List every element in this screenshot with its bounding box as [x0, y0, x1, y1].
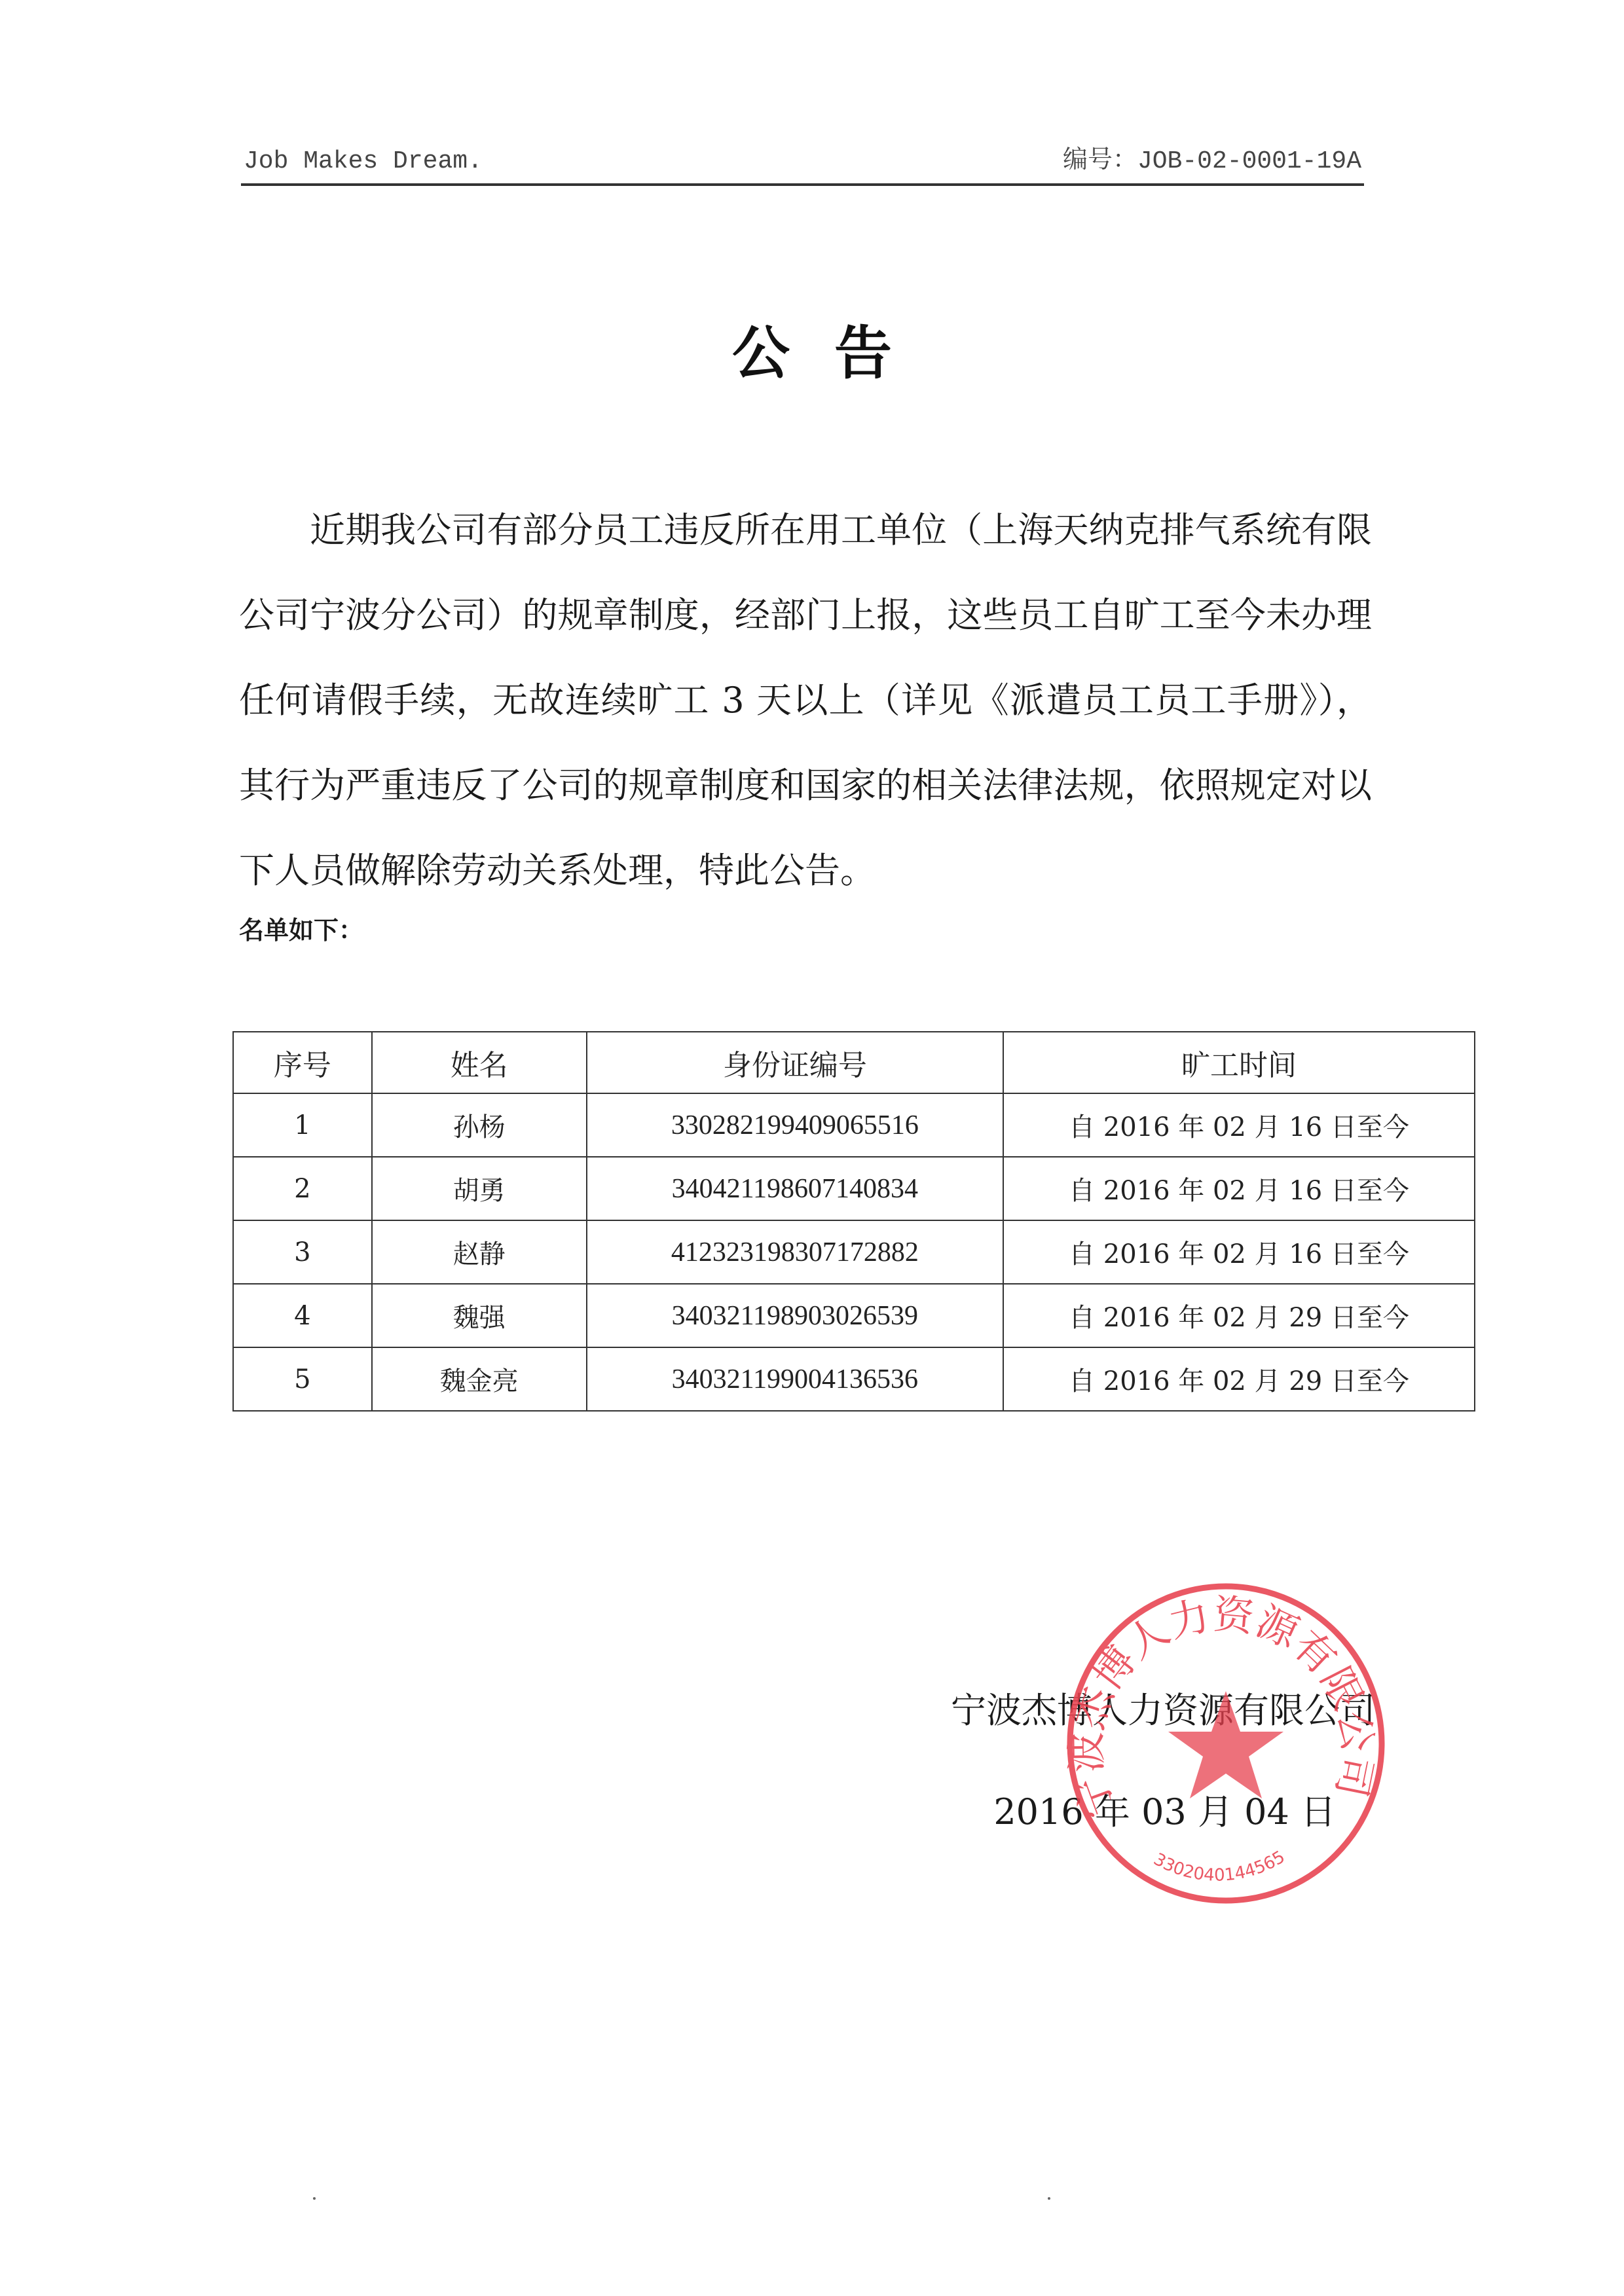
signature-block: 宁波杰博人力资源有限公司 2016 年 03 月 04 日: [904, 1683, 1375, 1834]
cell-absence: 自 2016 年 02 月 29 日至今: [1003, 1284, 1475, 1347]
seal-code: 3302040144565: [1150, 1847, 1288, 1885]
document-number: 编号：JOB-02-0001-19A: [1063, 139, 1361, 175]
cell-id: 340321199004136536: [587, 1347, 1003, 1411]
table-header-row: 序号 姓名 身份证编号 旷工时间: [233, 1032, 1475, 1093]
signature-company: 宁波杰博人力资源有限公司: [904, 1683, 1375, 1733]
cell-id: 412323198307172882: [587, 1220, 1003, 1284]
page-header: Job Makes Dream. 编号：JOB-02-0001-19A: [241, 137, 1364, 186]
column-header-name: 姓名: [372, 1032, 587, 1093]
cell-number: 5: [233, 1347, 372, 1411]
cell-id: 330282199409065516: [587, 1093, 1003, 1157]
cell-number: 2: [233, 1157, 372, 1220]
cell-absence: 自 2016 年 02 月 16 日至今: [1003, 1220, 1475, 1284]
column-header-id: 身份证编号: [587, 1032, 1003, 1093]
cell-name: 魏强: [372, 1284, 587, 1347]
cell-absence: 自 2016 年 02 月 16 日至今: [1003, 1093, 1475, 1157]
scan-speck: [313, 2197, 316, 2200]
table-row: 2 胡勇 340421198607140834 自 2016 年 02 月 16…: [233, 1157, 1475, 1220]
table-row: 3 赵静 412323198307172882 自 2016 年 02 月 16…: [233, 1220, 1475, 1284]
cell-number: 3: [233, 1220, 372, 1284]
cell-name: 赵静: [372, 1220, 587, 1284]
cell-name: 胡勇: [372, 1157, 587, 1220]
cell-absence: 自 2016 年 02 月 16 日至今: [1003, 1157, 1475, 1220]
dismissal-table: 序号 姓名 身份证编号 旷工时间 1 孙杨 330282199409065516…: [232, 1031, 1475, 1412]
cell-name: 魏金亮: [372, 1347, 587, 1411]
cell-id: 340321198903026539: [587, 1284, 1003, 1347]
signature-date: 2016 年 03 月 04 日: [904, 1784, 1375, 1834]
column-header-number: 序号: [233, 1032, 372, 1093]
column-header-absence: 旷工时间: [1003, 1032, 1475, 1093]
cell-name: 孙杨: [372, 1093, 587, 1157]
cell-id: 340421198607140834: [587, 1157, 1003, 1220]
header-slogan: Job Makes Dream.: [244, 147, 483, 175]
table-row: 4 魏强 340321198903026539 自 2016 年 02 月 29…: [233, 1284, 1475, 1347]
cell-number: 4: [233, 1284, 372, 1347]
table-row: 5 魏金亮 340321199004136536 自 2016 年 02 月 2…: [233, 1347, 1475, 1411]
page-title: 公告: [0, 308, 1624, 390]
list-label: 名单如下：: [239, 910, 363, 946]
announcement-paragraph: 近期我公司有部分员工违反所在用工单位（上海天纳克排气系统有限公司宁波分公司）的规…: [239, 488, 1372, 913]
table-row: 1 孙杨 330282199409065516 自 2016 年 02 月 16…: [233, 1093, 1475, 1157]
cell-number: 1: [233, 1093, 372, 1157]
scan-speck: [1048, 2197, 1050, 2200]
cell-absence: 自 2016 年 02 月 29 日至今: [1003, 1347, 1475, 1411]
